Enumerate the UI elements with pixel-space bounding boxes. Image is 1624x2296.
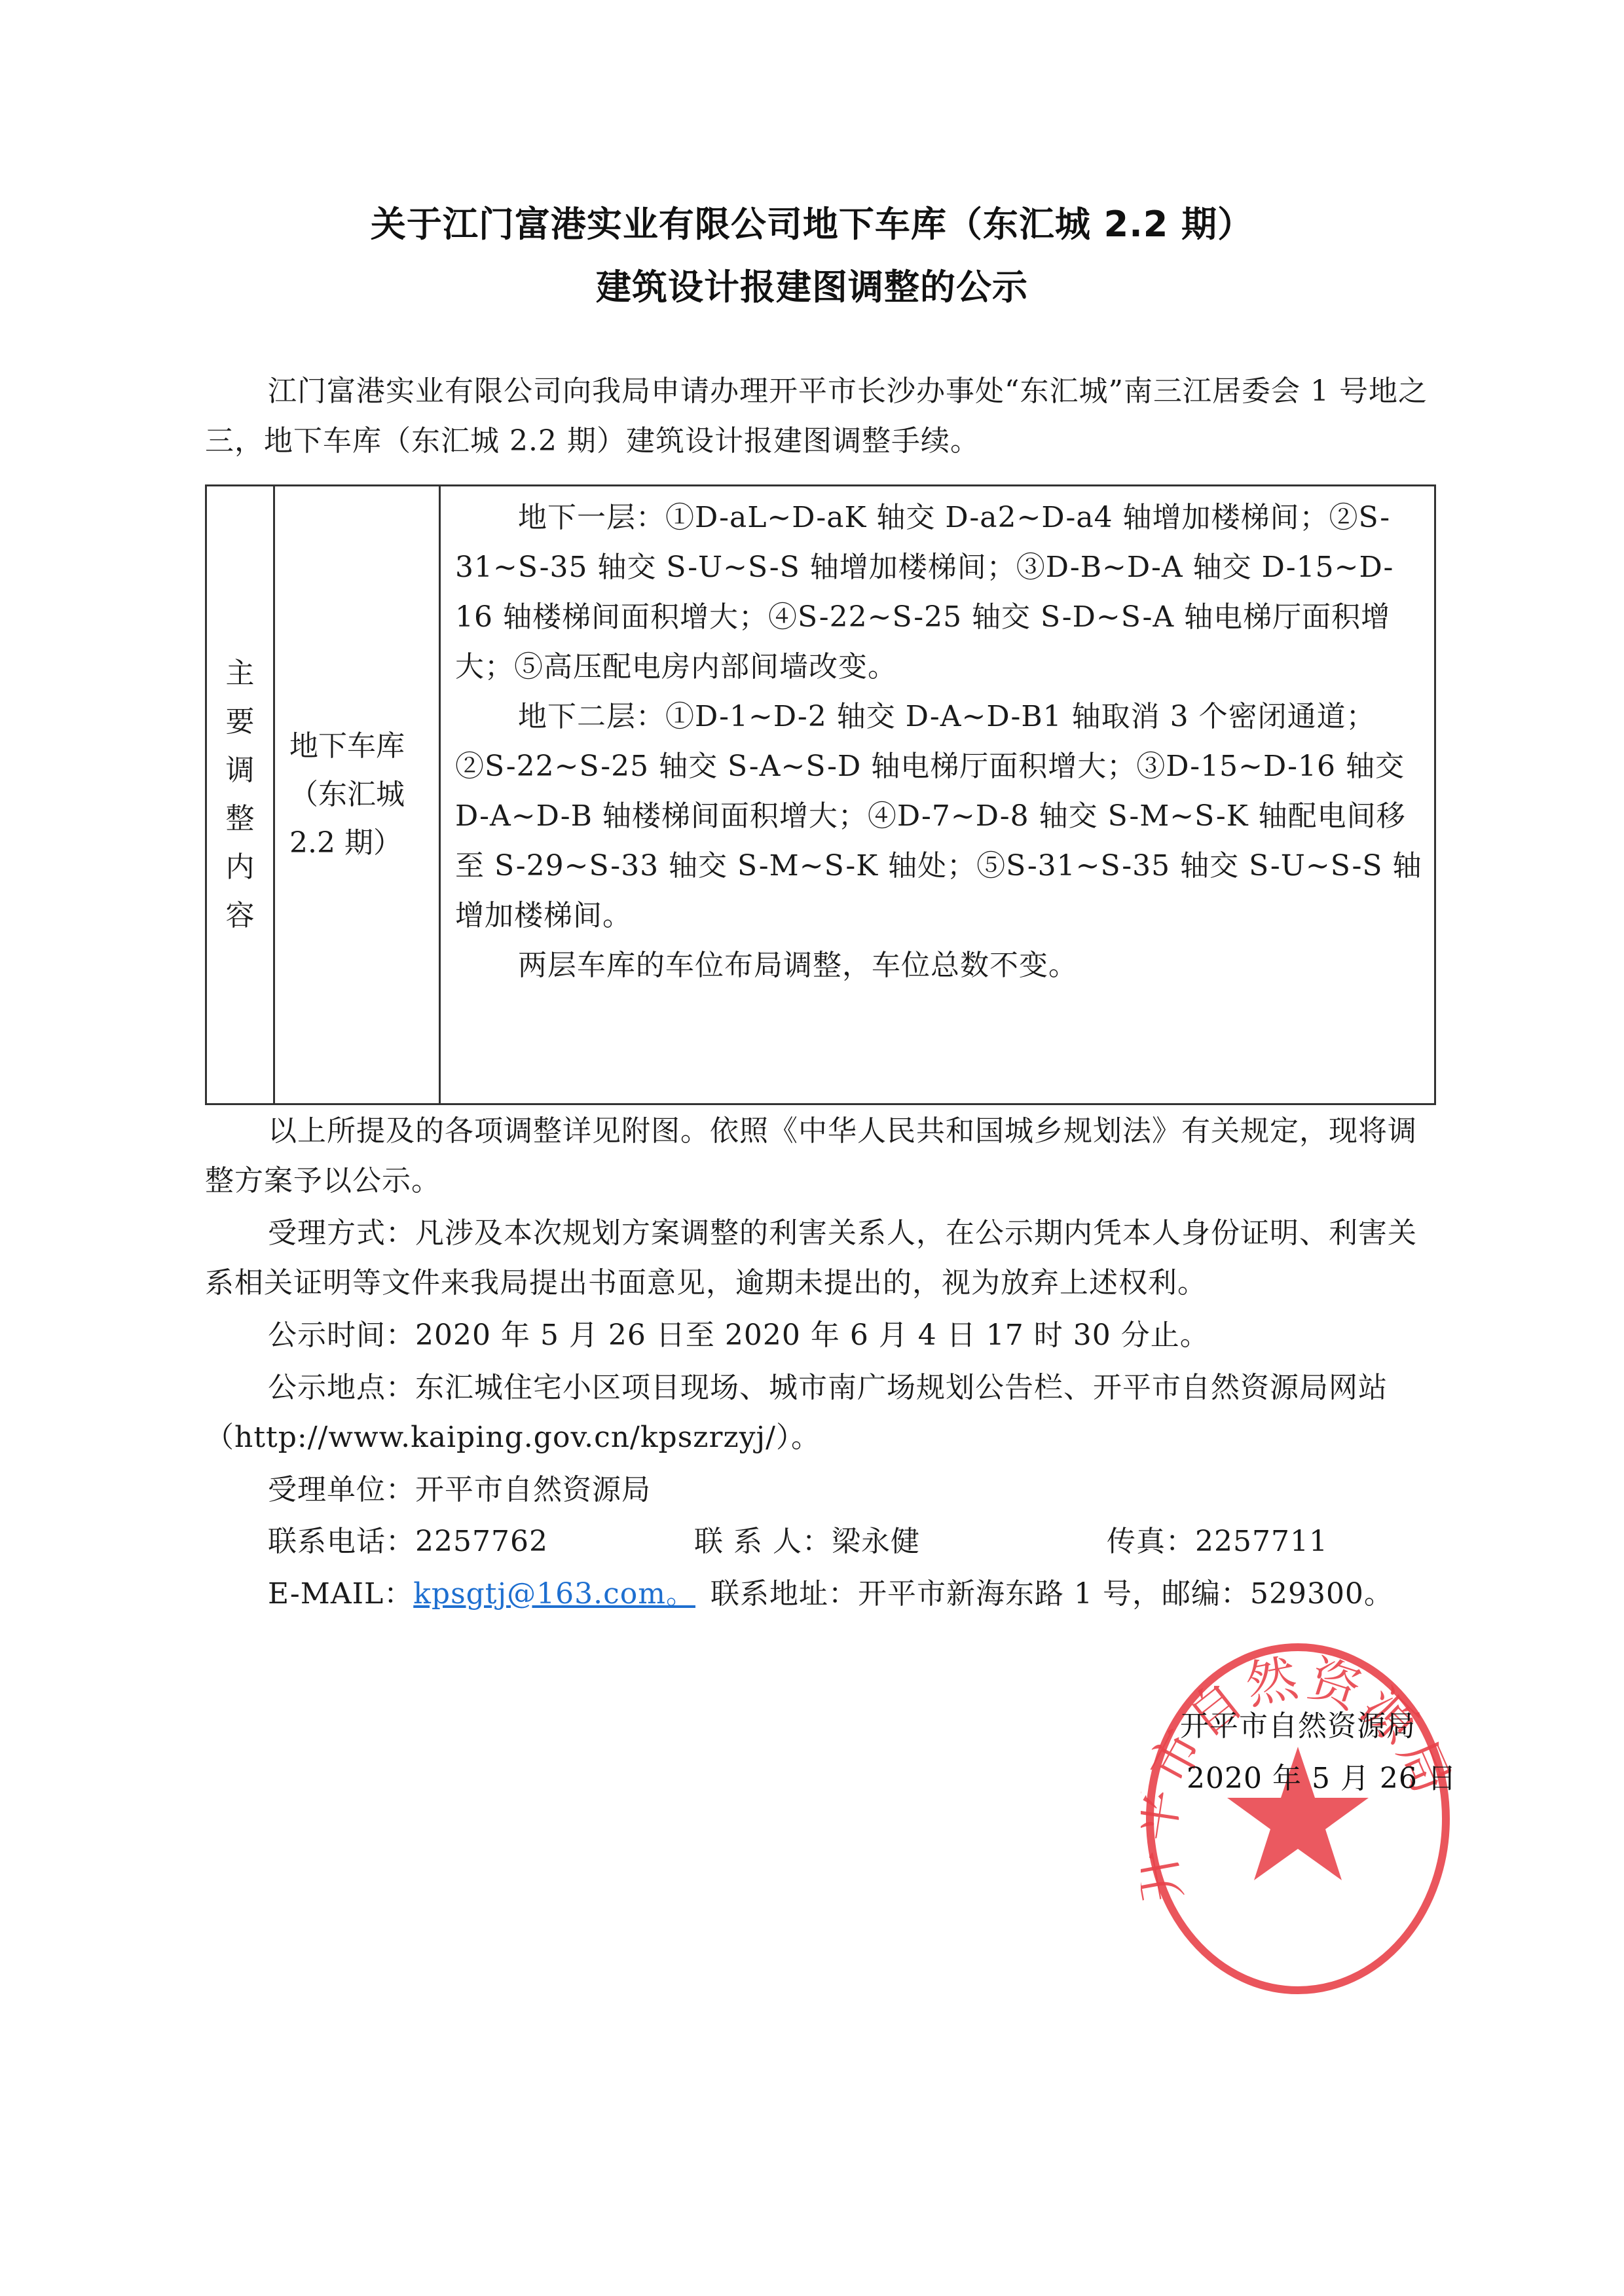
contact-fax: 传真：2257711 — [1107, 1518, 1328, 1559]
garage-label: 地下车库（东汇城 2.2 期） — [289, 729, 405, 860]
intro-paragraph: 江门富港实业有限公司向我局申请办理开平市长沙办事处“东汇城”南三江居委会 1 号… — [205, 367, 1436, 466]
adjustment-table: 主要调整内容 地下车库（东汇城 2.2 期） 地下一层：①D-aL~D-aK 轴… — [205, 484, 1436, 1105]
parking-layout-note: 两层车库的车位布局调整，车位总数不变。 — [455, 941, 1422, 991]
document-title-line2: 建筑设计报建图调整的公示 — [0, 259, 1624, 310]
basement-1-adjustments: 地下一层：①D-aL~D-aK 轴交 D-a2~D-a4 轴增加楼梯间；②S-3… — [455, 493, 1422, 692]
table-label-main-adjustments: 主要调整内容 — [206, 486, 274, 1104]
person-name: 梁永健 — [832, 1525, 920, 1558]
contact-phone: 联系电话：2257762 — [268, 1518, 548, 1559]
table-label-garage: 地下车库（东汇城 2.2 期） — [274, 486, 440, 1104]
publicity-period: 公示时间：2020 年 5 月 26 日至 2020 年 6 月 4 日 17 … — [205, 1311, 1436, 1360]
fax-number: 2257711 — [1195, 1525, 1328, 1558]
signature-org: 开平市自然资源局 — [1180, 1702, 1416, 1744]
acceptance-method-paragraph: 受理方式：凡涉及本次规划方案调整的利害关系人，在公示期内凭本人身份证明、利害关系… — [205, 1209, 1436, 1308]
legal-basis-paragraph: 以上所提及的各项调整详见附图。依照《中华人民共和国城乡规划法》有关规定，现将调整… — [205, 1106, 1436, 1206]
contact-address: 联系地址：开平市新海东路 1 号，邮编：529300。 — [710, 1570, 1393, 1612]
signature-date: 2020 年 5 月 26 日 — [1187, 1755, 1457, 1796]
publicity-location: 公示地点：东汇城住宅小区项目现场、城市南广场规划公告栏、开平市自然资源局网站（h… — [205, 1363, 1436, 1463]
document-title-line1: 关于江门富港实业有限公司地下车库（东汇城 2.2 期） — [0, 196, 1624, 247]
contact-email: E-MAIL：kpsgtj@163.com。 — [268, 1570, 695, 1612]
email-link[interactable]: kpsgtj@163.com。 — [413, 1577, 695, 1611]
contact-person: 联 系 人：梁永健 — [694, 1518, 920, 1559]
basement-2-adjustments: 地下二层：①D-1~D-2 轴交 D-A~D-B1 轴取消 3 个密闭通道；②S… — [455, 692, 1422, 941]
main-adjustments-label: 主要调整内容 — [225, 649, 256, 940]
accepting-unit: 受理单位：开平市自然资源局 — [205, 1465, 1436, 1515]
official-seal-icon: 开平市自然资源局 — [1141, 1637, 1455, 2001]
phone-number: 2257762 — [415, 1525, 548, 1558]
table-content-cell: 地下一层：①D-aL~D-aK 轴交 D-a2~D-a4 轴增加楼梯间；②S-3… — [440, 486, 1435, 1104]
